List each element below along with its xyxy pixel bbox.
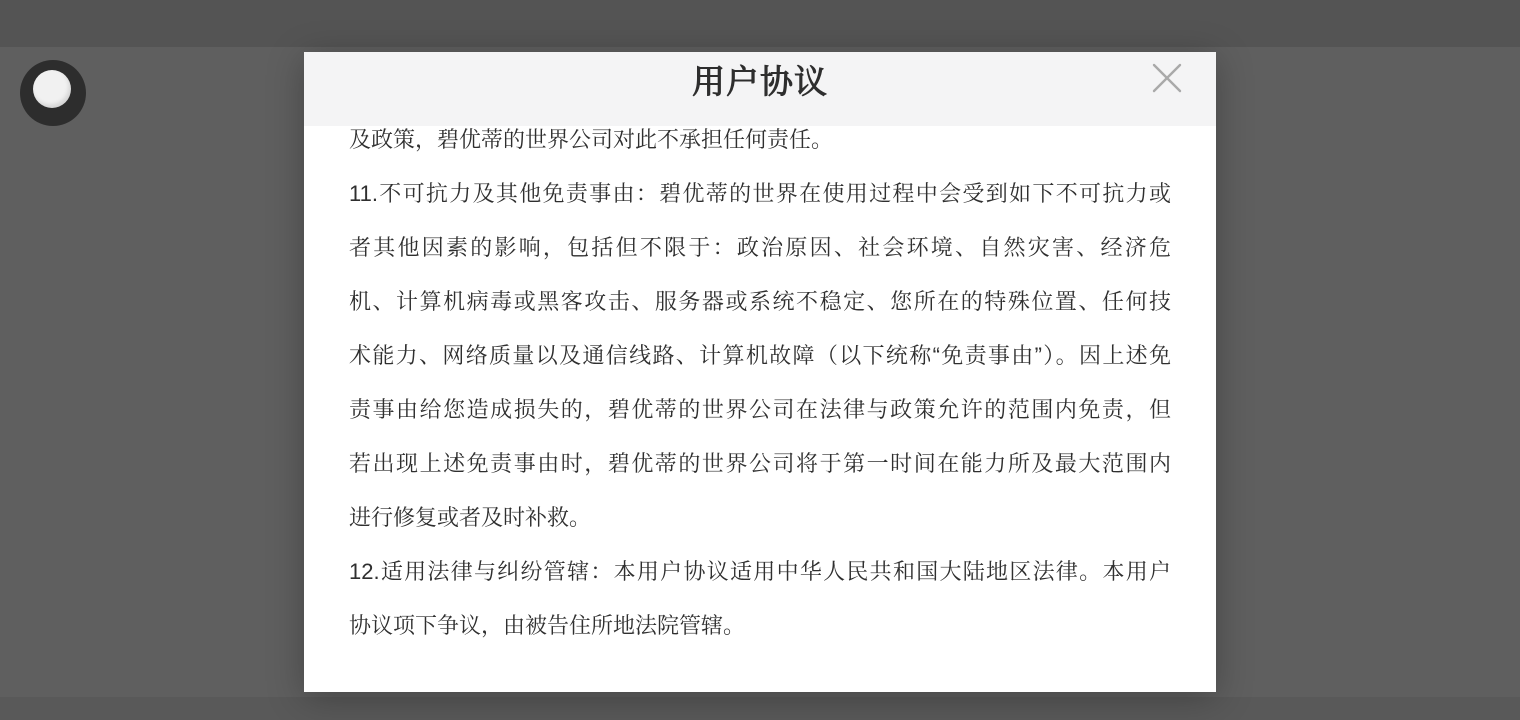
agreement-scroll-area[interactable]: 及政策，碧优蒂的世界公司对此不承担任何责任。11.不可抗力及其他免责事由：碧优蒂…	[349, 126, 1171, 692]
dialog-title: 用户协议	[304, 52, 1216, 112]
agreement-content: 及政策，碧优蒂的世界公司对此不承担任何责任。11.不可抗力及其他免责事由：碧优蒂…	[349, 126, 1171, 653]
agreement-text-line: 12.适用法律与纠纷管辖：本用户协议适用中华人民共和国大陆地区法律。本用户	[349, 545, 1171, 599]
front-camera-cutout	[20, 60, 86, 126]
user-agreement-dialog: 用户协议 及政策，碧优蒂的世界公司对此不承担任何责任。11.不可抗力及其他免责事…	[304, 52, 1216, 692]
agreement-text-line: 机、计算机病毒或黑客攻击、服务器或系统不稳定、您所在的特殊位置、任何技	[349, 275, 1171, 329]
agreement-text-line: 若出现上述免责事由时，碧优蒂的世界公司将于第一时间在能力所及最大范围内	[349, 437, 1171, 491]
agreement-text-line: 责事由给您造成损失的，碧优蒂的世界公司在法律与政策允许的范围内免责，但	[349, 383, 1171, 437]
status-bar-band	[0, 0, 1520, 47]
agreement-text-line: 11.不可抗力及其他免责事由：碧优蒂的世界在使用过程中会受到如下不可抗力或	[349, 167, 1171, 221]
agreement-text-line: 术能力、网络质量以及通信线路、计算机故障（以下统称“免责事由”）。因上述免	[349, 329, 1171, 383]
agreement-text-line: 及政策，碧优蒂的世界公司对此不承担任何责任。	[349, 126, 1171, 167]
bottom-screen-band	[0, 697, 1520, 720]
agreement-text-line: 者其他因素的影响，包括但不限于：政治原因、社会环境、自然灾害、经济危	[349, 221, 1171, 275]
agreement-text-line: 进行修复或者及时补救。	[349, 491, 1171, 545]
dialog-header: 用户协议	[304, 52, 1216, 126]
camera-lens-icon	[33, 70, 71, 108]
agreement-text-line: 协议项下争议，由被告住所地法院管辖。	[349, 599, 1171, 653]
close-button[interactable]	[1149, 60, 1185, 96]
close-icon	[1152, 63, 1182, 93]
